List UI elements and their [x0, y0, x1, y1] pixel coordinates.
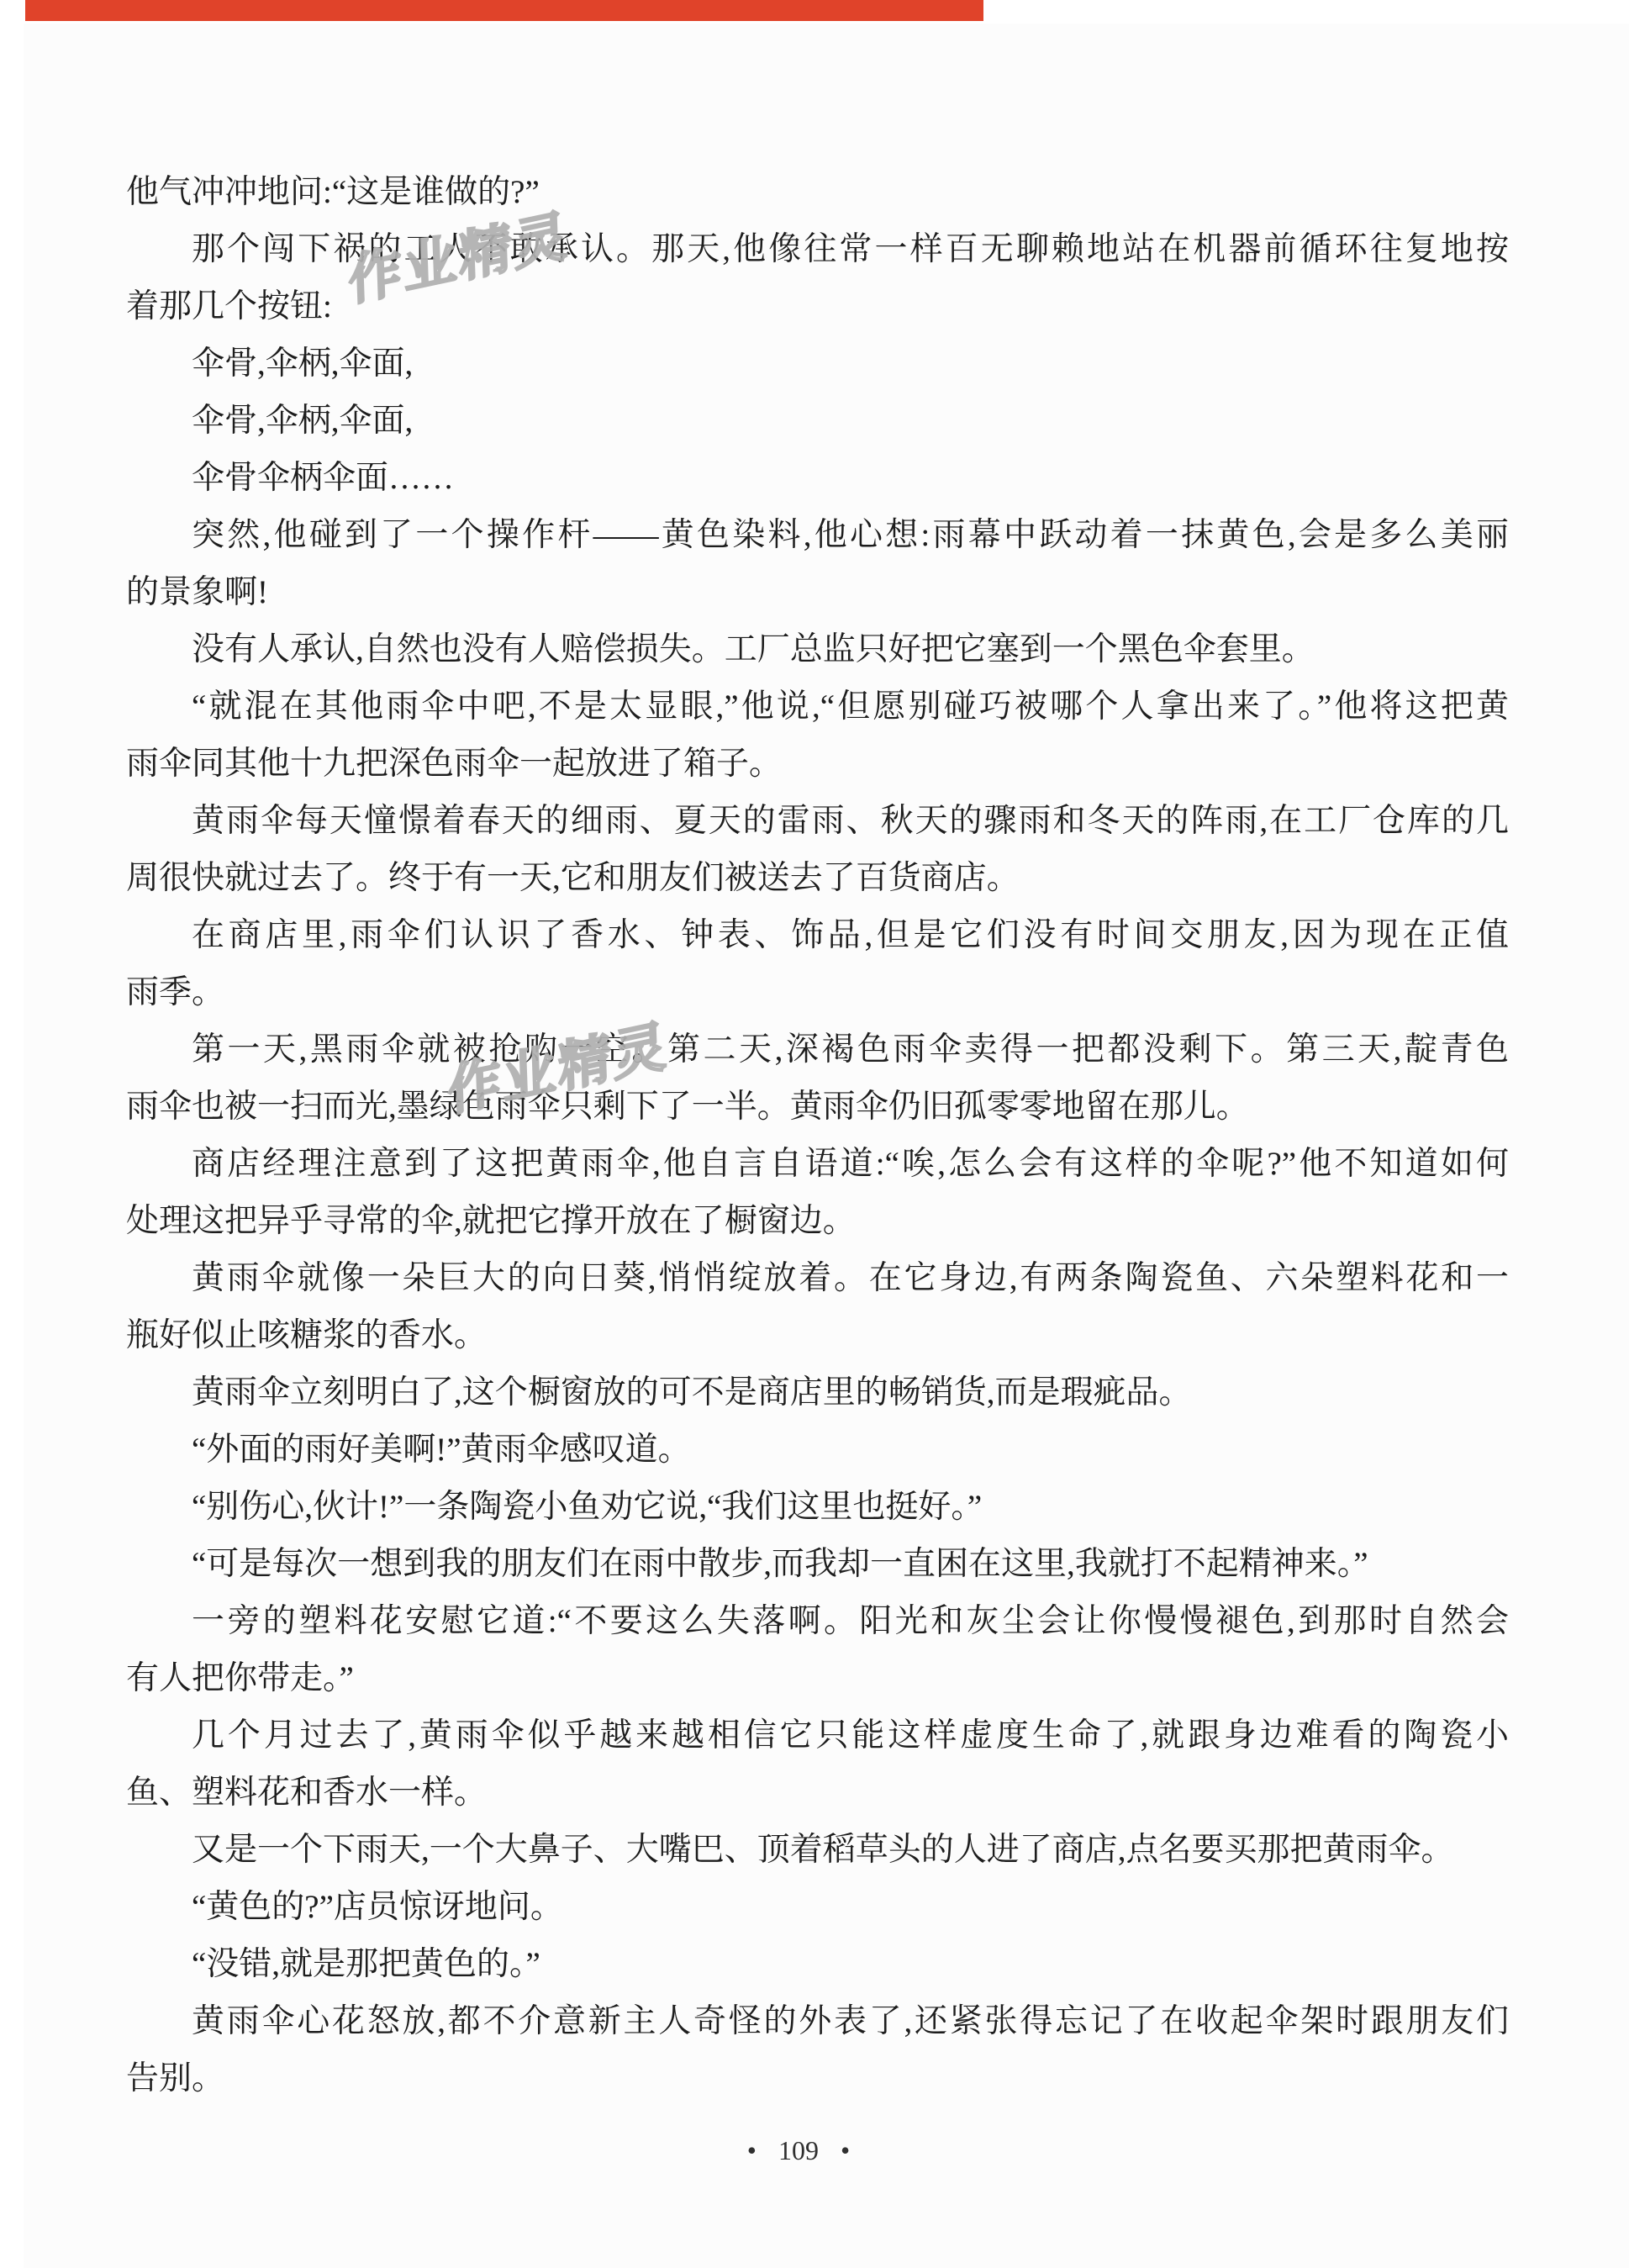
text-line: “没错,就是那把黄色的。” — [126, 1936, 1509, 1993]
text-line: 伞骨,伞柄,伞面, — [126, 393, 1509, 450]
text-line: 鱼、塑料花和香水一样。 — [126, 1764, 1509, 1822]
text-line: 突然,他碰到了一个操作杆——黄色染料,他心想:雨幕中跃动着一抹黄色,会是多么美丽 — [126, 507, 1509, 564]
text-line: 雨伞也被一扫而光,墨绿色雨伞只剩下了一半。黄雨伞仍旧孤零零地留在那儿。 — [126, 1079, 1509, 1136]
text-line: 雨伞同其他十九把深色雨伞一起放进了箱子。 — [126, 736, 1509, 793]
text-line: 没有人承认,自然也没有人赔偿损失。工厂总监只好把它塞到一个黑色伞套里。 — [126, 621, 1509, 678]
story-text-block: 他气冲冲地问:“这是谁做的?”那个闯下祸的工人不敢承认。那天,他像往常一样百无聊… — [126, 164, 1509, 2107]
text-line: 黄雨伞每天憧憬着春天的细雨、夏天的雷雨、秋天的骤雨和冬天的阵雨,在工厂仓库的几 — [126, 793, 1509, 850]
text-line: 几个月过去了,黄雨伞似乎越来越相信它只能这样虚度生命了,就跟身边难看的陶瓷小 — [126, 1707, 1509, 1764]
text-line: 瓶好似止咳糖浆的香水。 — [126, 1307, 1509, 1364]
text-line: 的景象啊! — [126, 564, 1509, 621]
text-line: 商店经理注意到了这把黄雨伞,他自言自语道:“唉,怎么会有这样的伞呢?”他不知道如… — [126, 1136, 1509, 1193]
text-line: 有人把你带走。” — [126, 1650, 1509, 1707]
text-line: 告别。 — [126, 2050, 1509, 2107]
text-line: “可是每次一想到我的朋友们在雨中散步,而我却一直困在这里,我就打不起精神来。” — [126, 1536, 1509, 1593]
text-line: 处理这把异乎寻常的伞,就把它撑开放在了橱窗边。 — [126, 1193, 1509, 1250]
text-line: 黄雨伞心花怒放,都不介意新主人奇怪的外表了,还紧张得忘记了在收起伞架时跟朋友们 — [126, 1993, 1509, 2050]
text-line: “黄色的?”店员惊讶地问。 — [126, 1879, 1509, 1936]
page-number: • 109 • — [0, 2135, 1597, 2166]
text-line: 黄雨伞就像一朵巨大的向日葵,悄悄绽放着。在它身边,有两条陶瓷鱼、六朵塑料花和一 — [126, 1250, 1509, 1307]
text-line: 在商店里,雨伞们认识了香水、钟表、饰品,但是它们没有时间交朋友,因为现在正值 — [126, 907, 1509, 964]
top-red-bar — [25, 0, 983, 21]
text-line: 伞骨伞柄伞面…… — [126, 450, 1509, 507]
text-line: 那个闯下祸的工人不敢承认。那天,他像往常一样百无聊赖地站在机器前循环往复地按 — [126, 221, 1509, 278]
text-line: “外面的雨好美啊!”黄雨伞感叹道。 — [126, 1421, 1509, 1479]
text-line: “别伤心,伙计!”一条陶瓷小鱼劝它说,“我们这里也挺好。” — [126, 1479, 1509, 1536]
text-line: 黄雨伞立刻明白了,这个橱窗放的可不是商店里的畅销货,而是瑕疵品。 — [126, 1364, 1509, 1421]
text-line: 又是一个下雨天,一个大鼻子、大嘴巴、顶着稻草头的人进了商店,点名要买那把黄雨伞。 — [126, 1822, 1509, 1879]
text-line: “就混在其他雨伞中吧,不是太显眼,”他说,“但愿别碰巧被哪个人拿出来了。”他将这… — [126, 678, 1509, 736]
text-line: 伞骨,伞柄,伞面, — [126, 335, 1509, 393]
text-line: 周很快就过去了。终于有一天,它和朋友们被送去了百货商店。 — [126, 850, 1509, 907]
text-line: 他气冲冲地问:“这是谁做的?” — [126, 164, 1509, 221]
text-line: 一旁的塑料花安慰它道:“不要这么失落啊。阳光和灰尘会让你慢慢褪色,到那时自然会 — [126, 1593, 1509, 1650]
text-line: 着那几个按钮: — [126, 278, 1509, 335]
text-line: 第一天,黑雨伞就被抢购一空。第二天,深褐色雨伞卖得一把都没剩下。第三天,靛青色 — [126, 1021, 1509, 1079]
scanned-book-page: 他气冲冲地问:“这是谁做的?”那个闯下祸的工人不敢承认。那天,他像往常一样百无聊… — [0, 0, 1629, 2268]
text-line: 雨季。 — [126, 964, 1509, 1021]
